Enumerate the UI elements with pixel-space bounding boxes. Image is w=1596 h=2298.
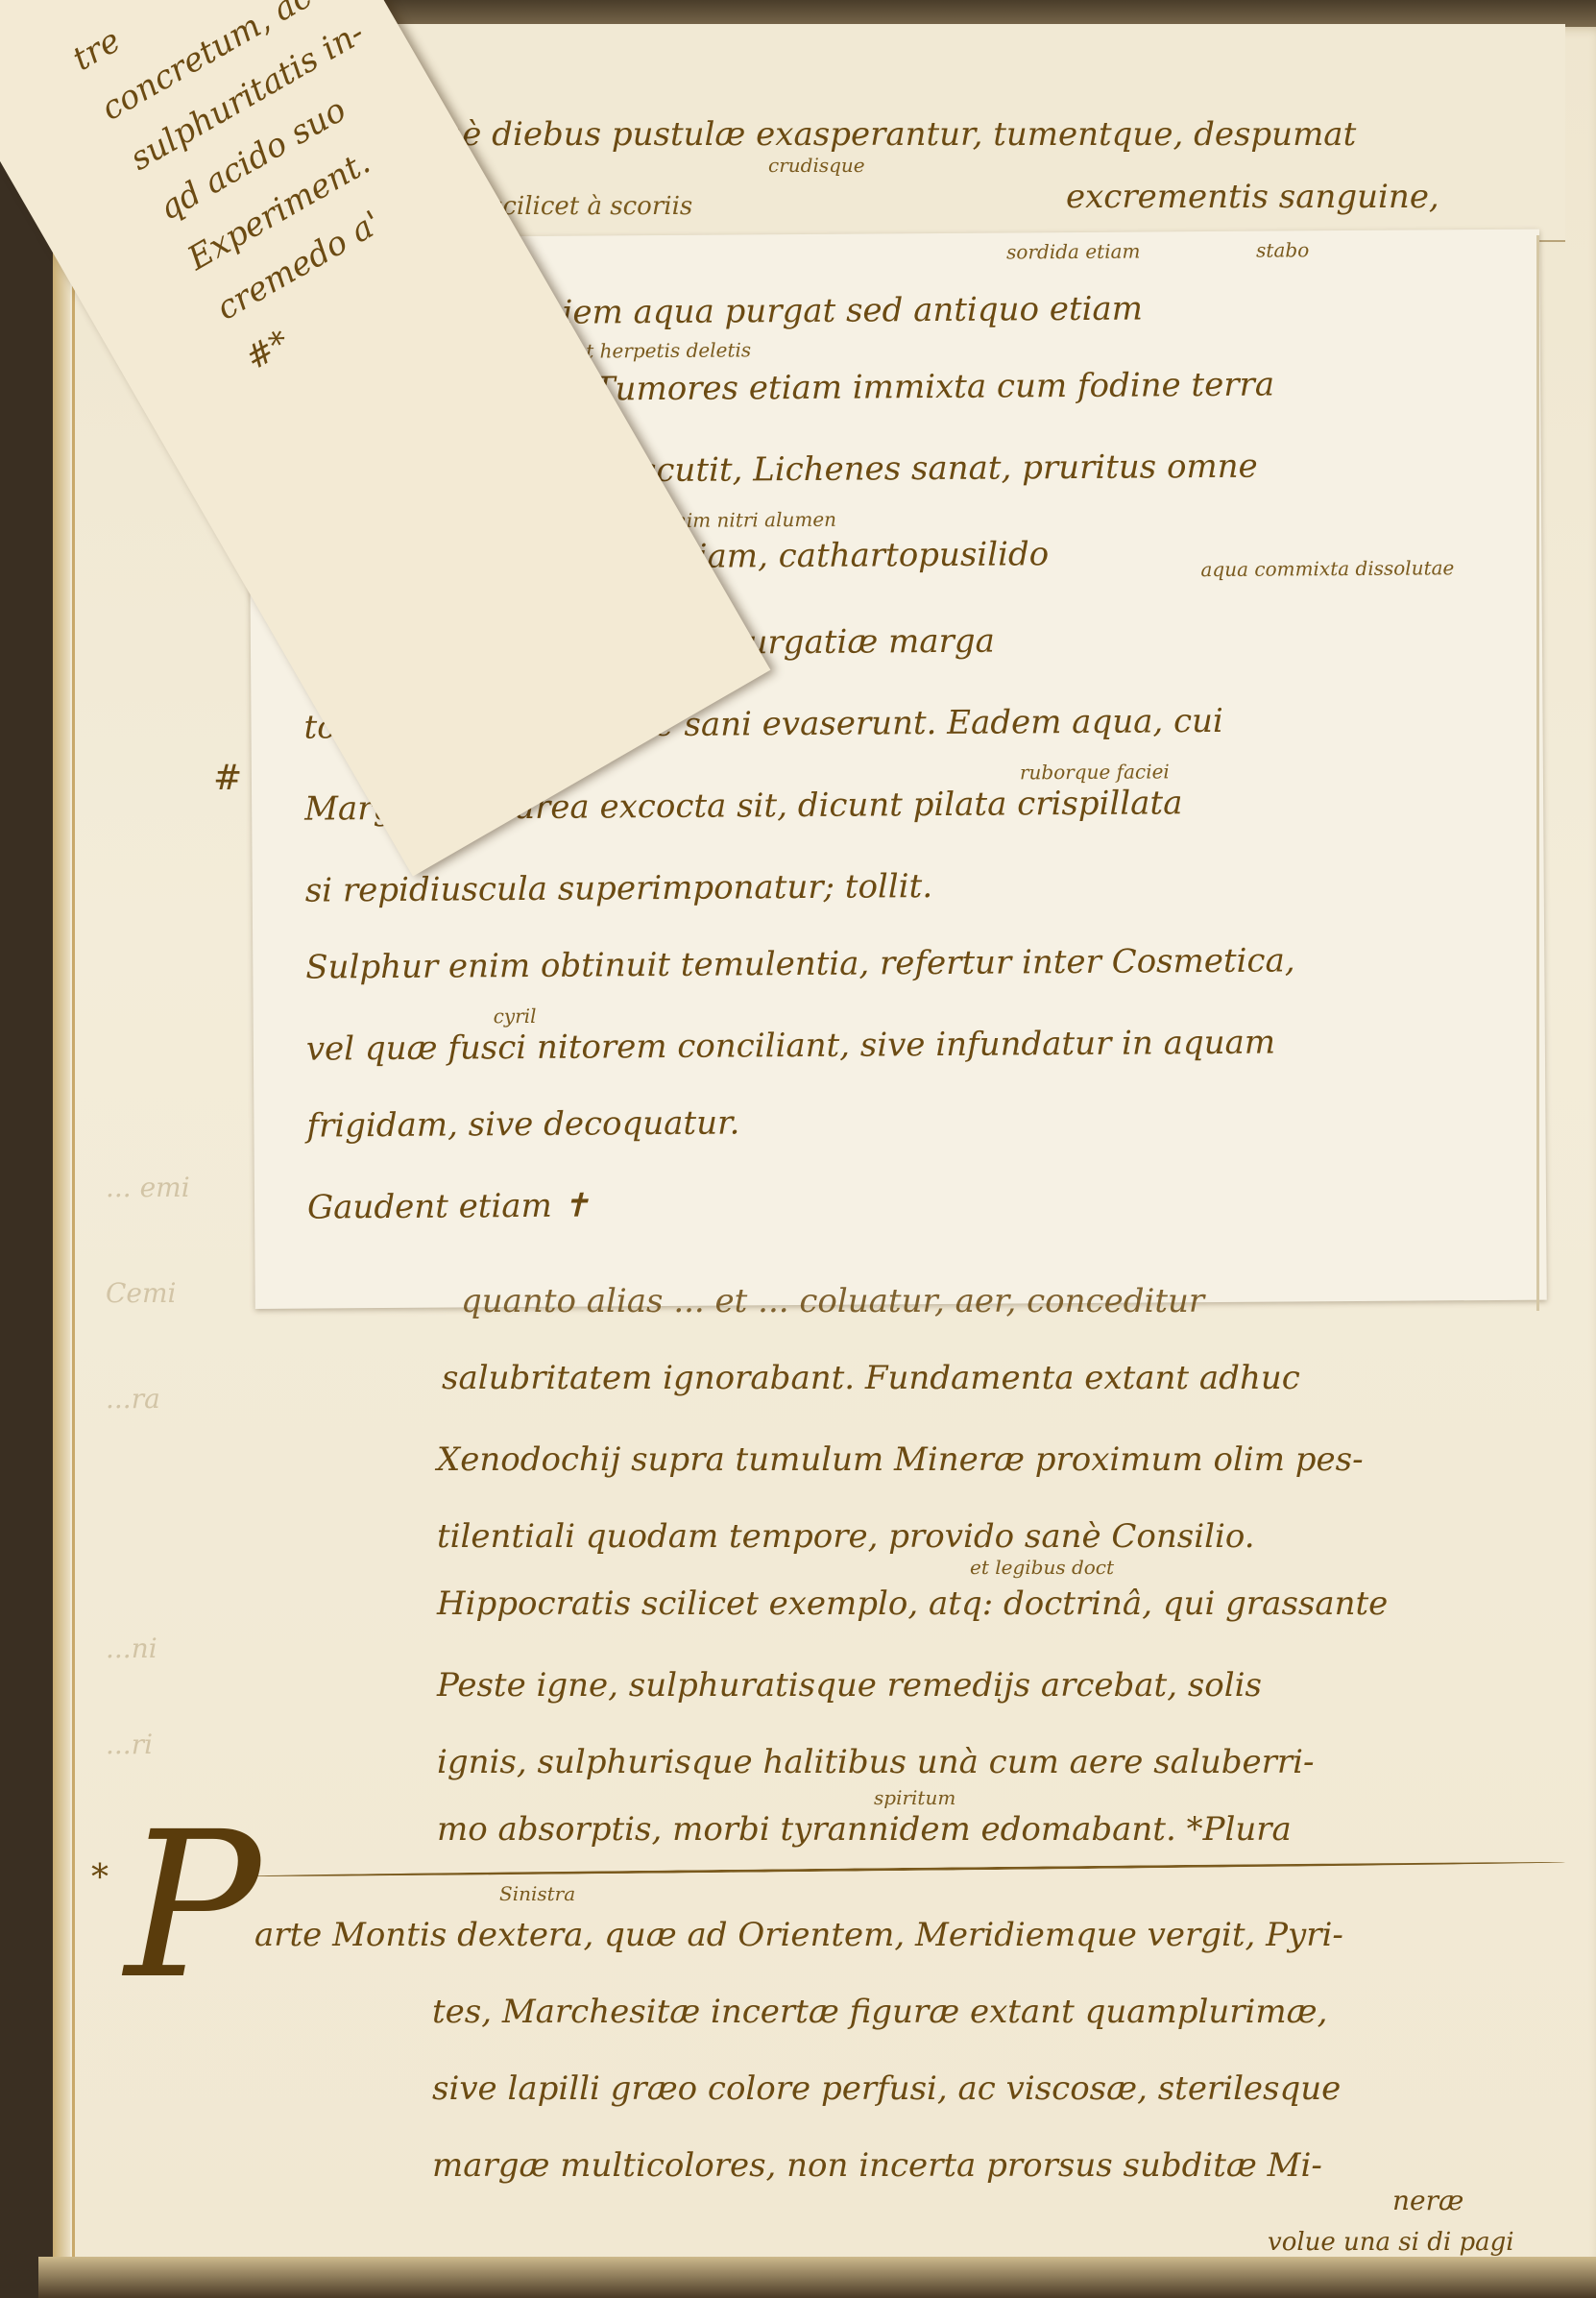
ghost-text-2: Cemi [106, 1277, 177, 1309]
ghost-text-4: ...ni [106, 1633, 157, 1664]
page-bottom-edge [38, 2257, 1596, 2298]
top-strip-line-1: amis sanè diebus pustulæ exasperantur, t… [317, 115, 1356, 154]
main-line-11: arte Montis dextera, quæ ad Orientem, Me… [254, 1916, 1343, 1954]
main-line-0: quanto alias ... et ... coluatur, aer, c… [461, 1282, 1204, 1320]
slip-interlinear-8: cyril [494, 1004, 537, 1028]
main-interlinear-8: spiritum [874, 1786, 955, 1809]
slip-interlinear-7: ruborque faciei [1020, 760, 1170, 784]
slip-interlinear-sordida: sordida etiam [1006, 240, 1140, 264]
main-line-1: salubritatem ignorabant. Fundamenta exta… [442, 1359, 1300, 1397]
main-interlinear-10: Sinistra [499, 1882, 575, 1905]
main-line-13: sive lapilli græo colore perfusi, ac vis… [432, 2069, 1341, 2108]
slip-right-edge [1536, 235, 1539, 1311]
slip-interlinear-5: aqua commixta dissolutae [1200, 556, 1454, 581]
marginal-asterisk: * [91, 1858, 109, 1898]
slip-line-8: si repidiuscula superimponatur; tollit. [305, 867, 933, 910]
page-crease [72, 27, 75, 2264]
left-slip-line-7: #* [239, 323, 296, 377]
decorated-initial: P [125, 1805, 260, 2007]
top-strip-line-2b: excrementis sanguine, [1066, 178, 1439, 216]
slip-line-10: vel quæ fusci nitorem conciliant, sive i… [306, 1024, 1275, 1069]
main-line-9: mo absorptis, morbi tyrannidem edomabant… [437, 1810, 1292, 1849]
main-line-3: tilentiali quodam tempore, provido sanè … [437, 1517, 1255, 1556]
ghost-text-3: ...ra [106, 1383, 160, 1415]
main-catchword-2: volue una si di pagi [1268, 2228, 1514, 2257]
left-slip-line-1: tre [66, 21, 127, 79]
page-left-edge [53, 27, 70, 2274]
hash-mark: # [213, 759, 242, 798]
main-line-5: Hippocratis scilicet exemplo, atq: doctr… [437, 1584, 1388, 1623]
ghost-text-5: ...ri [106, 1729, 153, 1760]
top-strip-interlinear: crudisque [768, 154, 865, 177]
main-line-7: ignis, sulphurisque halitibus unà cum ae… [437, 1743, 1314, 1781]
slip-line-12: Gaudent etiam ✝ [307, 1187, 590, 1227]
slip-interlinear-stabo: stabo [1256, 238, 1309, 261]
top-strip-line-2a: scilicet à scoriis [490, 192, 692, 221]
main-line-14: margæ multicolores, non incerta prorsus … [432, 2146, 1322, 2185]
main-catchword-1: neræ [1392, 2185, 1463, 2216]
main-line-2: Xenodochij supra tumulum Mineræ proximum… [437, 1440, 1364, 1479]
ghost-text-1: ... emi [106, 1172, 190, 1203]
main-line-12: tes, Marchesitæ incertæ figuræ extant qu… [432, 1993, 1327, 2031]
main-line-6: Peste igne, sulphuratisque remedijs arce… [437, 1666, 1262, 1705]
main-interlinear-4: et legibus doct [970, 1556, 1114, 1579]
slip-line-9: Sulphur enim obtinuit temulentia, refert… [305, 941, 1295, 986]
slip-line-11: frigidam, sive decoquatur. [306, 1103, 739, 1145]
